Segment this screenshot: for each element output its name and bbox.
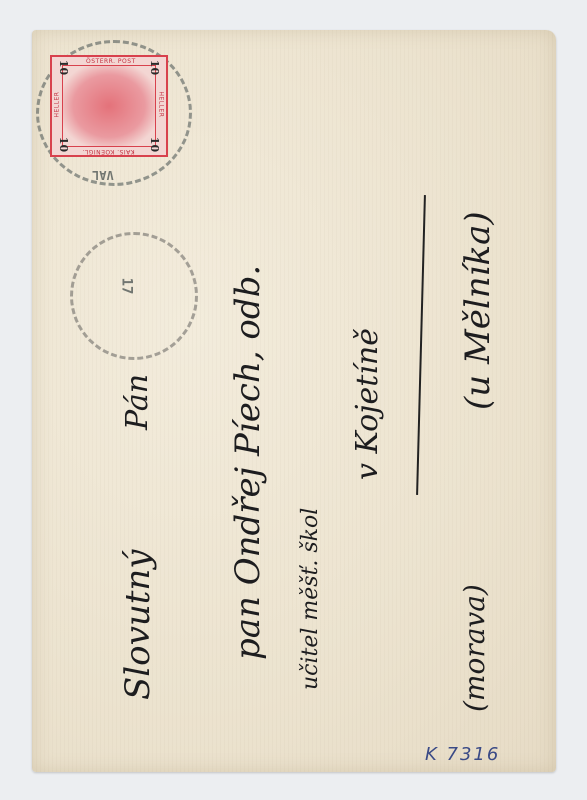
catalog-number: K 7316 [425,744,500,765]
stamp-denomination: 10 [57,60,70,75]
stamp-denomination: 10 [148,137,161,152]
postmark-date-text: 17 [118,278,134,295]
stamp-top-label: ÖSTERR. POST [86,58,136,65]
address-place-prefix: v [350,463,385,480]
address-recipient: pan Ondřej Píech, odb. [228,265,268,660]
address-title: Pán [120,374,155,430]
stamp-portrait [62,65,156,147]
postmark-town-text: VAL [92,168,114,182]
stamp-currency-label: HELLER [158,92,165,118]
stamp-denomination: 10 [57,137,70,152]
address-district: (u Mělníka) [458,211,498,410]
stamp-denomination: 10 [148,60,161,75]
address-place-name: Kojetíně [350,328,385,453]
address-region: (morava) [458,584,491,712]
postmark-circle-second [70,232,198,360]
stamp-currency-label: HELLER [53,92,60,118]
address-salutation: Slovutný [118,549,158,700]
postage-stamp: 10 10 10 10 ÖSTERR. POST KAIS. KOENIGL. … [50,55,168,157]
address-occupation: učitel měšť. škol [298,508,323,690]
stamp-bottom-label: KAIS. KOENIGL. [82,148,135,155]
address-place: v Kojetíně [350,328,385,480]
